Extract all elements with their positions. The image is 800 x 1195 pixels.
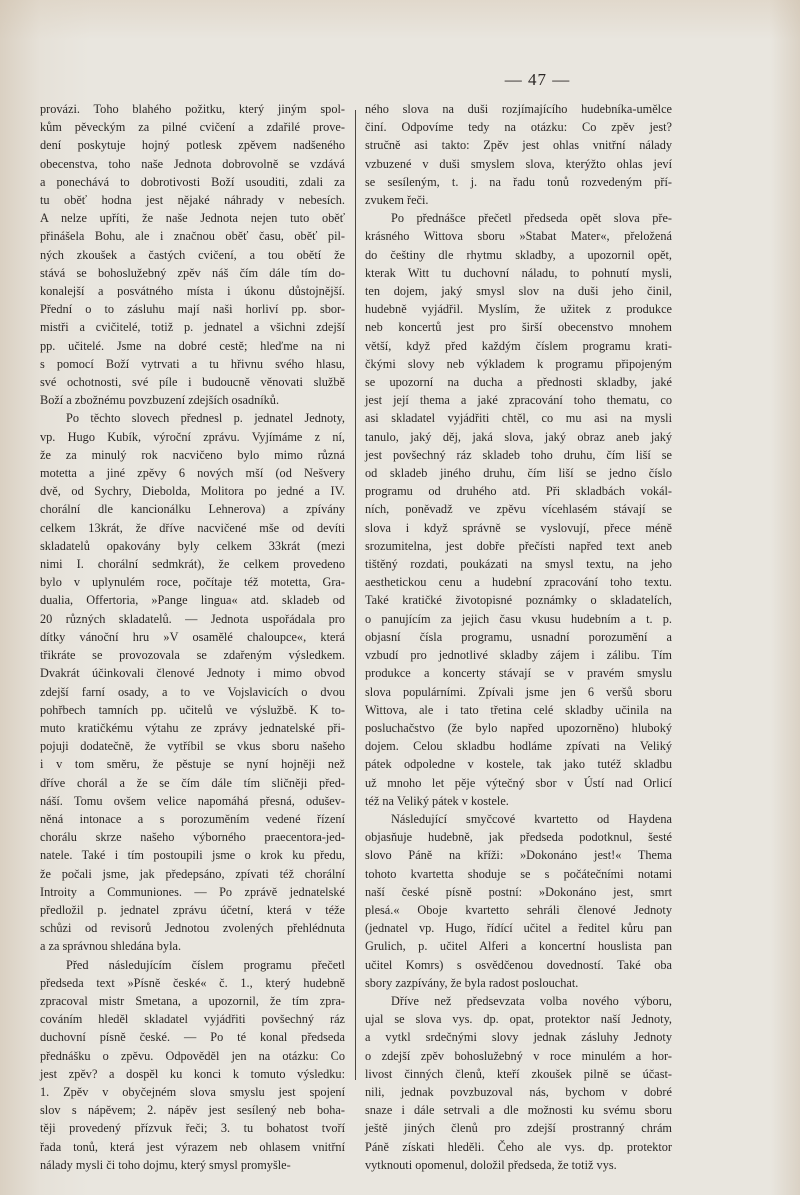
text-line: natele. Také i tím postoupili jsme o kro… [40,846,345,864]
text-line: stručně asi takto: Zpěv jest ohlas vnitř… [365,136,672,154]
text-line: tanulo, jaký děj, jaká slova, jaký obraz… [365,428,672,446]
text-line: zpracoval mistr Smetana, a upozornil, že… [40,992,345,1010]
text-line: Před následujícím číslem programu přečet… [40,956,345,974]
page-number: — 47 — [0,70,800,90]
paragraph: Následující smyčcové kvartetto od Hayden… [365,810,672,992]
text-line: programu od druhého atd. Při skladbách v… [365,482,672,500]
text-line: chorálu skrze našeho výborného praecento… [40,828,345,846]
text-line: učitel Komrs) s osvědčenou dovedností. T… [365,956,672,974]
text-line: kterak Witt tu duchovní náladu, to pohnu… [365,264,672,282]
text-line: že za minulý rok nacvičeno bylo mimo růz… [40,446,345,464]
right-column: ného slova na duši rozjímajícího hudební… [365,100,672,1174]
text-line: slovo Páně na kříži: »Dokonáno jest!« Th… [365,846,672,864]
text-line: plesá.« Oboje kvartetto sehráli členové … [365,901,672,919]
text-line: aesthetickou cenu a hudební zpracování t… [365,573,672,591]
text-line: slov s nápěvem; 2. nápěv jest sesílený n… [40,1101,345,1119]
text-line: jest povšechný ráz skladeb toho druhu, č… [365,446,672,464]
text-line: třikráte se provozovala se zdařeným výsl… [40,646,345,664]
text-line: (jednatel vp. Hugo, řídící učitel a ředi… [365,919,672,937]
text-line: hudebně vyjádřil. Myslím, že užitek z pr… [365,300,672,318]
text-line: o panujícím za jejich času vkusu hudební… [365,610,672,628]
paragraph: ného slova na duši rozjímajícího hudební… [365,100,672,209]
text-line: Grulich, p. učitel Alferi a koncertní ho… [365,937,672,955]
text-line: tohoto kvartetta shoduje se s počátečním… [365,865,672,883]
text-line: ještě jiných členů pro zdejší prostranný… [365,1119,672,1137]
text-line: přinášela Bohu, ale i značnou oběť času,… [40,227,345,245]
text-line: nili, jednak povzbuzoval nás, bychom v d… [365,1083,672,1101]
left-column: provázi. Toho blahého požitku, který jin… [40,100,345,1174]
text-line: přednášku o zpěvu. Odpověděl jen na otáz… [40,1047,345,1065]
text-line: Wittova, ale i tato třetina celé skladby… [365,701,672,719]
text-line: řada tonů, která jest výrazem neb ohlase… [40,1138,345,1156]
text-line: snaze i dále setrvali a dle možnosti ku … [365,1101,672,1119]
text-line: nálady mysli či toho dojmu, který smysl … [40,1156,345,1174]
text-line: do češtiny dle rhytmu skladby, a upozorn… [365,246,672,264]
text-line: zvukem řeči. [365,191,672,209]
text-line: o zdejší zpěv bohoslužebný v roce minulé… [365,1047,672,1065]
text-line: vytknouti opomenul, doložil předseda, že… [365,1156,672,1174]
text-line: a za správnou shledána byla. [40,937,345,955]
text-line: provázi. Toho blahého požitku, který jin… [40,100,345,118]
text-line: slova populárními. Zpívali jsme jen 6 ve… [365,683,672,701]
text-line: Přední o to zásluhu mají naši horliví pp… [40,300,345,318]
text-line: naší české písně postní: »Dokonáno jest,… [365,883,672,901]
text-line: ných zkoušek a častých cvičení, a tou ob… [40,246,345,264]
text-line: motetta a jiné zpěvy 6 nových mší (od Ne… [40,464,345,482]
text-line: cováním hleděl skladatel vyjádřiti povše… [40,1010,345,1028]
text-line: Boží a zbožnému povzbuzení zdejších osad… [40,391,345,409]
text-line: konalejší a posvátného místa i úkonu důs… [40,282,345,300]
text-line: pp. učitelé. Jsme na dobré cestě; hleďme… [40,337,345,355]
text-line: dualia, Offertoria, »Pange lingua« atd. … [40,591,345,609]
text-line: své ochotnosti, své píle i budoucně věno… [40,373,345,391]
text-line: 20 různých skladatelů. — Jednota uspořád… [40,610,345,628]
column-divider [355,110,356,1080]
text-line: krásného Wittova sboru »Stabat Mater«, p… [365,227,672,245]
text-line: pojuji dodatečně, že vytříbil se vkus sb… [40,737,345,755]
paragraph: provázi. Toho blahého požitku, který jin… [40,100,345,409]
text-line: Po přednášce přečetl předseda opět slova… [365,209,672,227]
text-line: činí. Odpovíme tedy na otázku: Co zpěv j… [365,118,672,136]
text-line: větší, když před každým číslem programu … [365,337,672,355]
text-line: asi skladatel vyjádřiti chtěl, co mu asi… [365,409,672,427]
text-line: Páně získati hleděli. Čeho ale vys. dp. … [365,1138,672,1156]
text-line: dení poskytuje hojný potlesk zpěvem nadš… [40,136,345,154]
page-number-label: — 47 — [230,70,571,89]
text-line: bylo v uplynulém roce, počítaje též mote… [40,573,345,591]
text-line: pohřbech tamních pp. učitelů ve výslužbě… [40,701,345,719]
text-line: jest její thema a jaké zpracování toho t… [365,391,672,409]
text-line: skladatelů opakovány byly celkem 33krát … [40,537,345,555]
text-line: pátek odpoledne v kostele, tak jako tuté… [365,755,672,773]
text-line: obecenstva, toho naše Jednota dobrovolně… [40,155,345,173]
text-line: objasňuje hudebně, jak předseda podotknu… [365,828,672,846]
text-line: těji provedený přízvuk řeči; 3. tu bohat… [40,1119,345,1137]
text-line: stává se bohoslužebný zpěv náš čím dále … [40,264,345,282]
paragraph: Po přednášce přečetl předseda opět slova… [365,209,672,810]
text-line: tu oběť hodna jest nějaké náhrady v nebe… [40,191,345,209]
text-line: též na Veliký pátek v kostele. [365,792,672,810]
text-line: dojem. Celou skladbu hodláme zpívati na … [365,737,672,755]
text-line: tištěný rozdati, poukázati na smysl text… [365,555,672,573]
text-line: produkce a koncerty stávají se v pravém … [365,664,672,682]
text-line: mistři a cvičitelé, totiž p. jednatel a … [40,318,345,336]
text-line: čkými slovy neb výkladem k programu přip… [365,355,672,373]
text-line: duchovní písně české. — Po té konal před… [40,1028,345,1046]
text-line: jest zpěv? a dospěl ku konci k tomuto vý… [40,1065,345,1083]
text-line: něná intonace a s porozuměním vedené říz… [40,810,345,828]
text-line: s pomocí Boží vytrvati a tu hřivnu svého… [40,355,345,373]
text-line: posluchačstvo (že bylo napřed upozorněno… [365,719,672,737]
text-line: i v tom směru, že pěstuje se nyní hojněj… [40,755,345,773]
text-line: sbory zazpívány, že byla radost poslouch… [365,974,672,992]
text-line: dříve chorál a že se čím dále tím sličně… [40,774,345,792]
text-line: že počali jsme, jak předepsáno, zpívati … [40,865,345,883]
text-line: celkem 13krát, že dříve nacvičené mše od… [40,519,345,537]
text-line: zdejší farní osady, a to ve Vojslavicích… [40,683,345,701]
text-line: předložil p. jednatel zprávu účetní, kte… [40,901,345,919]
text-line: chorální dle kancionálku Lehnerova) a zp… [40,500,345,518]
text-line: neb koncertů jest pro širší obecenstvo m… [365,318,672,336]
text-line: Introity a Communiones. — Po zprávě jedn… [40,883,345,901]
text-line: ujal se slova vys. dp. opat, protektor n… [365,1010,672,1028]
text-line: srozumitelna, jest dobře přečísti napřed… [365,537,672,555]
text-line: dvě, od Sychry, Diebolda, Molitora po je… [40,482,345,500]
text-line: ten dojem, jaký smysl slov na duši jeho … [365,282,672,300]
text-line: náší. Tomu ovšem velice napomáhá přesná,… [40,792,345,810]
text-line: už mnoho let pěje výtečný sbor v Ústí na… [365,774,672,792]
text-line: se sesíleným, t. j. na řadu tonů rozvede… [365,173,672,191]
paragraph: Po těchto slovech přednesl p. jednatel J… [40,409,345,955]
text-line: vp. Hugo Kubík, výroční zprávu. Vyjímáme… [40,428,345,446]
text-line: vzbudí pro jednotlivé skladby zájem i zá… [365,646,672,664]
text-line: Následující smyčcové kvartetto od Hayden… [365,810,672,828]
text-line: schůzi od revisorů Jednotou zvolených př… [40,919,345,937]
text-line: 1. Zpěv v obyčejném slova smyslu jest sp… [40,1083,345,1101]
text-line: Také kratičké životopisné poznámky o skl… [365,591,672,609]
text-line: vzbuzené v duši smyslem slova, kterýžto … [365,155,672,173]
text-line: objasní čísla programu, usnadní porozumě… [365,628,672,646]
text-line: Po těchto slovech přednesl p. jednatel J… [40,409,345,427]
text-line: muto kratičkému výtahu ze zprávy jednate… [40,719,345,737]
text-line: Dvakrát účinkovali členové Jednoty i mim… [40,664,345,682]
text-line: od skladeb jiného druhu, čím liší se jed… [365,464,672,482]
text-line: Dříve než předsevzata volba nového výbor… [365,992,672,1010]
text-line: ného slova na duši rozjímajícího hudební… [365,100,672,118]
text-line: slova i když správně se vyslovují, přece… [365,519,672,537]
text-line: a ponechává to dobrotivosti Boží usoudit… [40,173,345,191]
text-line: A nelze upříti, že naše Jednota nejen tu… [40,209,345,227]
text-line: kům pěveckým za pilné cvičení a zdařilé … [40,118,345,136]
text-line: nimi I. chorální sedmkrát), že celkem pr… [40,555,345,573]
text-line: předseda text »Písně české« č. 1., který… [40,974,345,992]
paragraph: Dříve než předsevzata volba nového výbor… [365,992,672,1174]
text-line: a vytkl srdečnými slovy jednak zásluhy J… [365,1028,672,1046]
text-line: se upozorní na ducha a přednosti skladby… [365,373,672,391]
text-line: livost činných členů, kteří zkoušek piln… [365,1065,672,1083]
paragraph: Před následujícím číslem programu přečet… [40,956,345,1174]
text-line: ních, poněvadž ve zpěvu vícehlasém stáva… [365,500,672,518]
text-line: dítky vánoční hru »V osamělé chaloupce«,… [40,628,345,646]
